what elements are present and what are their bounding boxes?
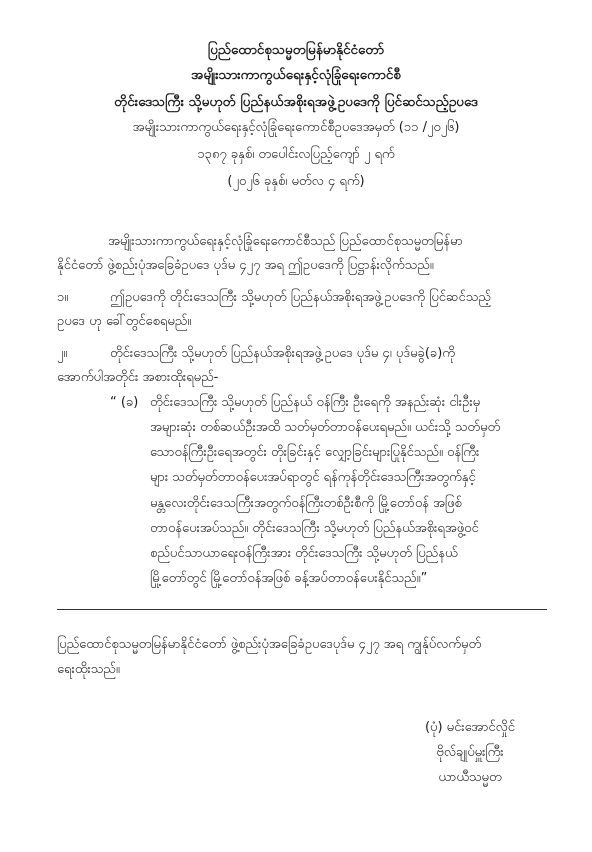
section-1-line-1: ဤဥပဒေကို တိုင်းဒေသကြီး သို့မဟုတ် ပြည်နယ်…	[110, 288, 491, 308]
clause-line-5: မန္တလေးတိုင်းဒေသကြီးအတွက်ဝန်ကြီးတစ်ဦးစီက…	[150, 494, 462, 514]
law-document-page: ပြည်ထောင်စုသမ္မတမြန်မာနိုင်ငံတော် အမျိုး…	[0, 0, 592, 852]
clause-line-8: မြို့တော်တွင် မြို့တော်ဝန်အဖြစ် ခန့်အပ်တ…	[150, 569, 427, 589]
horizontal-divider	[57, 609, 547, 610]
preamble-line-1: အမျိုးသားကာကွယ်ရေးနှင့်လုံခြုံရေးကောင်စီ…	[108, 232, 463, 252]
header-country: ပြည်ထောင်စုသမ္မတမြန်မာနိုင်ငံတော်	[0, 40, 592, 60]
clause-line-4: များ သတ်မှတ်တာဝန်ပေးအပ်ရာတွင် ရန်ကုန်တို…	[150, 468, 476, 488]
clause-line-3: သောဝန်ကြီးဦးရေအတွင်း တိုးခြင်းနှင့် လျှေ…	[150, 443, 479, 463]
clause-line-1: တိုင်းဒေသကြီး သို့မဟုတ် ပြည်နယ် ဝန်ကြီး …	[150, 393, 480, 413]
signatory-title: ယာယီသမ္မတ	[380, 768, 560, 788]
clause-line-7: စည်ပင်သာယာရေးဝန်ကြီးအား တိုင်းဒေသကြီး သိ…	[150, 544, 458, 564]
section-2-number: ၂။	[57, 344, 67, 364]
signatory-rank: ဗိုလ်ချုပ်မှူးကြီး	[380, 743, 560, 763]
preamble-line-2: နိုင်ငံတော် ဖွဲ့စည်းပုံအခြေခံဥပဒေ ပုဒ်မ …	[57, 256, 434, 276]
signatory-name: (ပုံ) မင်းအောင်လှိုင်	[380, 718, 560, 738]
law-title: တိုင်းဒေသကြီး သို့မဟုတ် ပြည်နယ်အစိုးရအဖွ…	[0, 92, 592, 112]
signing-statement-line-2: ရေးထိုးသည်။	[57, 660, 120, 680]
section-2-line-1: တိုင်းဒေသကြီး သို့မဟုတ် ပြည်နယ်အစိုးရအဖွ…	[110, 344, 455, 364]
gregorian-date: (၂၀၂၆ ခုနှစ်၊ မတ်လ ၄ ရက်)	[0, 172, 592, 192]
section-1-line-2: ဥပဒေ ဟု ခေါ်တွင်စေရမည်။	[57, 312, 191, 332]
clause-line-2: အများဆုံး တစ်ဆယ်ဦးအထိ သတ်မှတ်တာဝန်ပေးရမည…	[150, 418, 500, 438]
myanmar-date: ၁၃၈၇ ခုနှစ်၊ တပေါင်းလပြည့်ကျော် ၂ ရက်	[0, 145, 592, 165]
clause-line-6: တာဝန်ပေးအပ်သည်။ တိုင်းဒေသကြီး သို့မဟုတ် …	[150, 519, 479, 539]
law-number: အမျိုးသားကာကွယ်ရေးနှင့်လုံခြုံရေးကောင်စီ…	[0, 118, 592, 138]
clause-kha-label: “ (ခ)	[110, 393, 138, 413]
signing-statement-line-1: ပြည်ထောင်စုသမ္မတမြန်မာနိုင်ငံတော် ဖွဲ့စည…	[57, 635, 481, 655]
header-council: အမျိုးသားကာကွယ်ရေးနှင့်လုံခြုံရေးကောင်စီ	[0, 65, 592, 85]
section-1-number: ၁။	[57, 288, 68, 308]
section-2-line-2: အောက်ပါအတိုင်း အစားထိုးရမည်-	[57, 368, 218, 388]
